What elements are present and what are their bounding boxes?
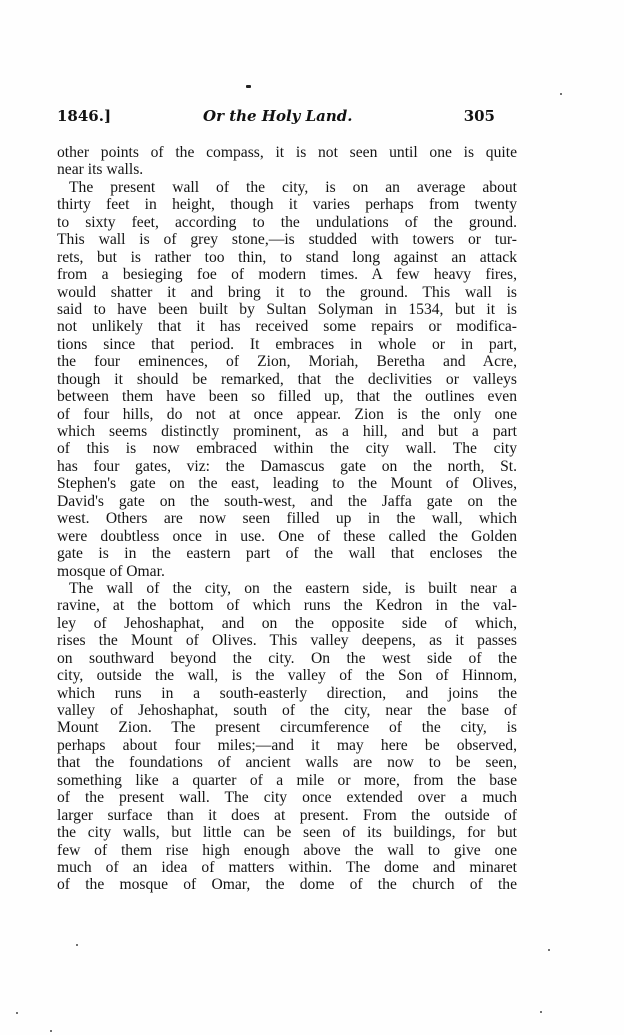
text-line: valley of Jehoshaphat, south of the city… — [57, 702, 517, 719]
text-line: were doubtless once in use. One of these… — [57, 528, 517, 545]
scan-speck — [76, 944, 78, 946]
header-year: 1846.] — [57, 107, 111, 125]
text-line: few of them rise high enough above the w… — [57, 842, 517, 859]
text-line: larger surface than it does at present. … — [57, 807, 517, 824]
text-line: would shatter it and bring it to the gro… — [57, 284, 517, 301]
text-line: of the present wall. The city once exten… — [57, 789, 517, 806]
scan-speck — [16, 1012, 18, 1014]
text-line: the city walls, but little can be seen o… — [57, 824, 517, 841]
text-line: rets, but is rather too thin, to stand l… — [57, 249, 517, 266]
scan-speck — [548, 949, 550, 951]
text-line: which runs in a south-easterly direction… — [57, 685, 517, 702]
text-line: perhaps about four miles;—and it may her… — [57, 737, 517, 754]
text-line: David's gate on the south-west, and the … — [57, 493, 517, 510]
running-title: Or the Holy Land. — [203, 107, 353, 125]
print-mark — [246, 85, 251, 88]
text-line: ley of Jehoshaphat, and on the opposite … — [57, 615, 517, 632]
scan-speck — [560, 93, 562, 95]
text-line: though it should be remarked, that the d… — [57, 371, 517, 388]
text-line: between them have been so filled up, tha… — [57, 388, 517, 405]
text-line: ravine, at the bottom of which runs the … — [57, 597, 517, 614]
text-line: thirty feet in height, though it varies … — [57, 196, 517, 213]
scan-speck — [50, 1030, 52, 1032]
text-line: gate is in the eastern part of the wall … — [57, 545, 517, 562]
text-line: Stephen's gate on the east, leading to t… — [57, 475, 517, 492]
text-line: that the foundations of ancient walls ar… — [57, 754, 517, 771]
text-line: west. Others are now seen filled up in t… — [57, 510, 517, 527]
text-line: other points of the compass, it is not s… — [57, 144, 517, 161]
text-line: The wall of the city, on the eastern sid… — [57, 580, 517, 597]
scan-speck — [540, 1011, 542, 1013]
text-line: something like a quarter of a mile or mo… — [57, 772, 517, 789]
text-line: has four gates, viz: the Damascus gate o… — [57, 458, 517, 475]
text-line: The present wall of the city, is on an a… — [57, 179, 517, 196]
text-line: This wall is of grey stone,—is studded w… — [57, 231, 517, 248]
text-line: said to have been built by Sultan Solyma… — [57, 301, 517, 318]
text-line: to sixty feet, according to the undulati… — [57, 214, 517, 231]
body-text: other points of the compass, it is not s… — [57, 144, 517, 894]
text-line: on southward beyond the city. On the wes… — [57, 650, 517, 667]
text-line: the four eminences, of Zion, Moriah, Ber… — [57, 353, 517, 370]
text-line: Mount Zion. The present circumference of… — [57, 719, 517, 736]
text-line: which seems distinctly prominent, as a h… — [57, 423, 517, 440]
text-line: of this is now embraced within the city … — [57, 440, 517, 457]
text-line: city, outside the wall, is the valley of… — [57, 667, 517, 684]
text-line: mosque of Omar. — [57, 563, 517, 580]
text-line: tions since that period. It embraces in … — [57, 336, 517, 353]
text-line: of the mosque of Omar, the dome of the c… — [57, 876, 517, 893]
page-number: 305 — [464, 107, 495, 125]
text-line: near its walls. — [57, 161, 517, 178]
text-line: much of an idea of matters within. The d… — [57, 859, 517, 876]
text-line: not unlikely that it has received some r… — [57, 318, 517, 335]
running-header: 1846.] Or the Holy Land. 305 — [57, 107, 517, 129]
text-line: rises the Mount of Olives. This valley d… — [57, 632, 517, 649]
text-line: from a besieging foe of modern times. A … — [57, 266, 517, 283]
text-line: of four hills, do not at once appear. Zi… — [57, 406, 517, 423]
book-page: 1846.] Or the Holy Land. 305 other point… — [0, 0, 624, 1035]
